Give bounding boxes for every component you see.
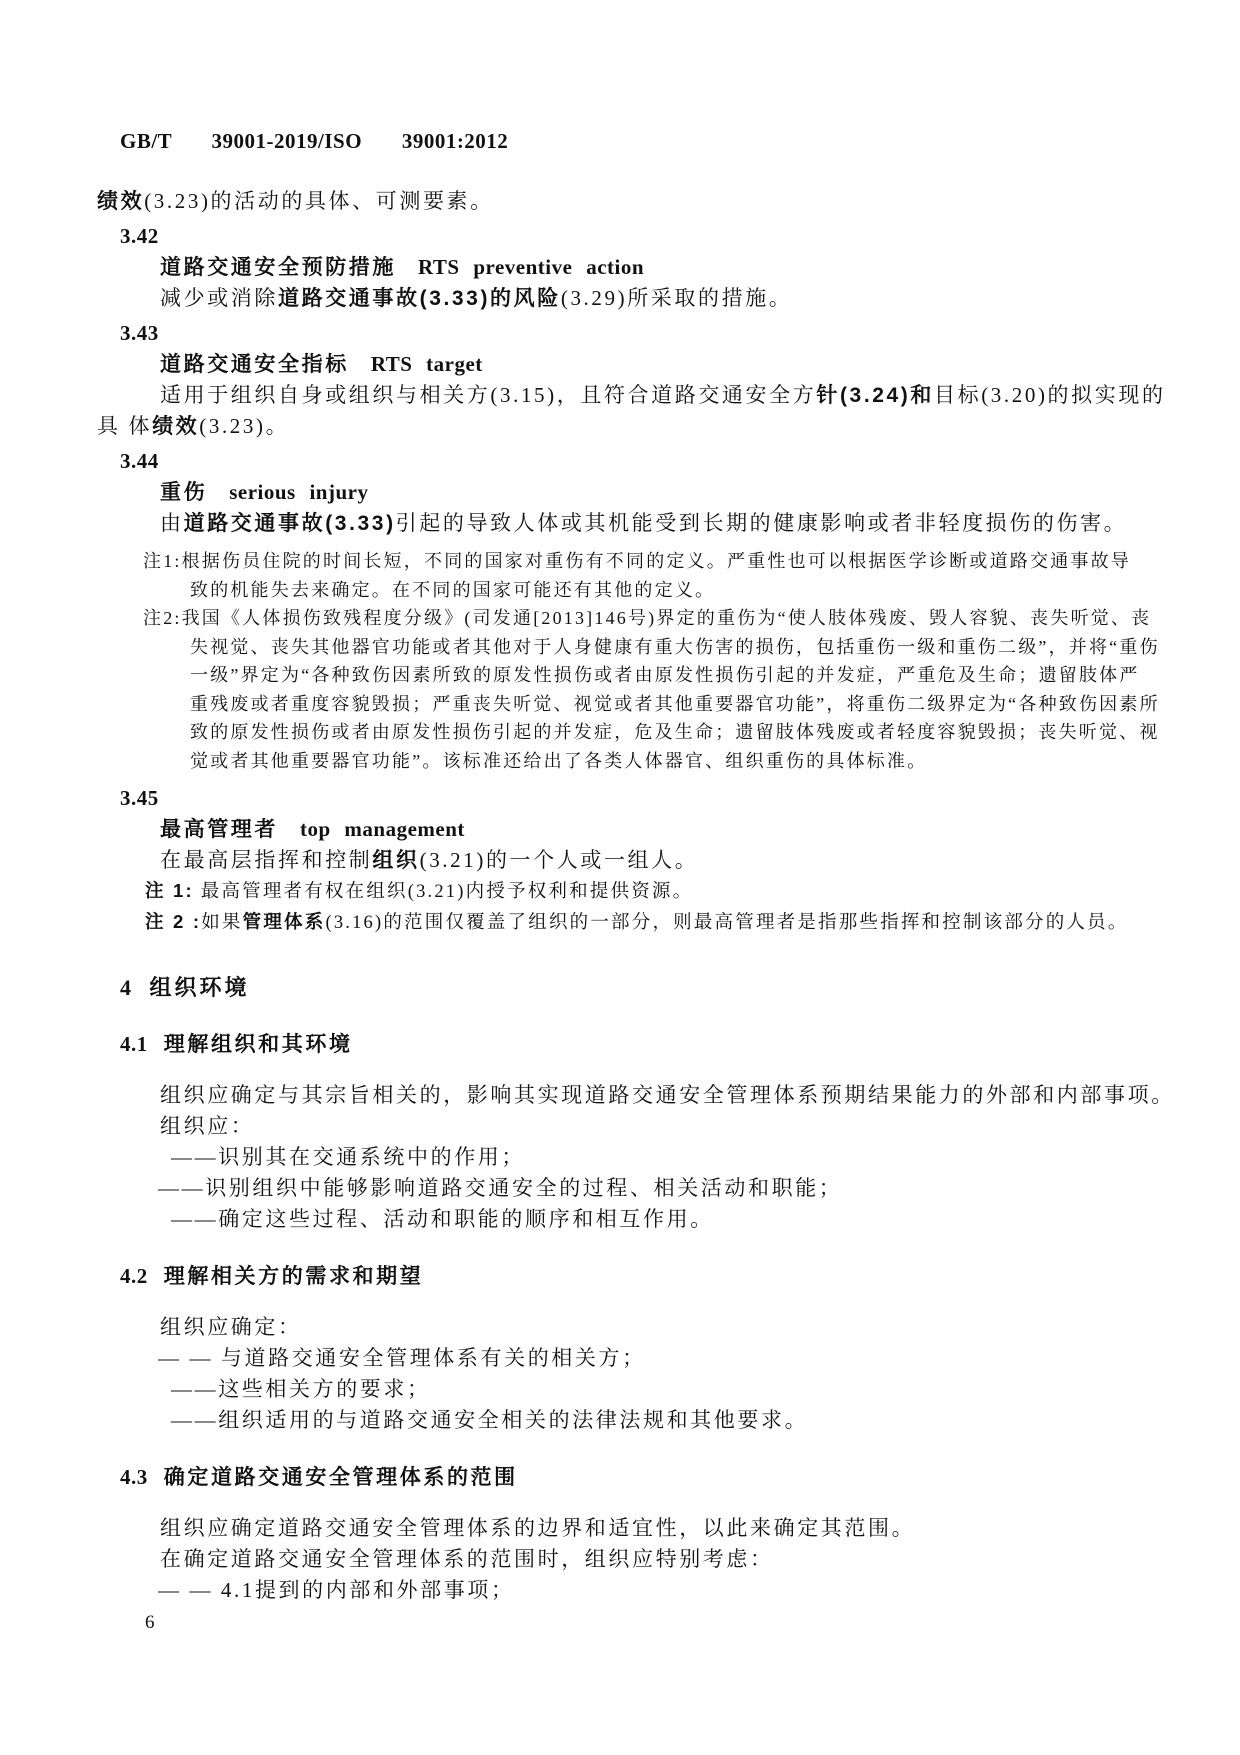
text-run: ——确定这些过程、活动和职能的顺序和相互作用。 <box>171 1207 714 1231</box>
text-run: top management <box>300 817 465 841</box>
section-4-2-heading: 4.2理解相关方的需求和期望 <box>120 1261 1240 1292</box>
list-item-4-1-a: ——识别其在交通系统中的作用； <box>171 1142 1240 1173</box>
text-run: 道路交通事故(3.33) <box>184 512 396 535</box>
text-run: 具 体 <box>97 414 152 438</box>
para-4-1-line2: 组织应： <box>160 1111 1240 1142</box>
text-run: 致的原发性损伤或者由原发性损伤引起的并发症，危及生命；遗留肢体残废或者轻度容貌毁… <box>190 722 1160 742</box>
text-run: 重残废或者重度容貌毁损；严重丧失听觉、视觉或者其他重要器官功能”，将重伤二级界定… <box>190 694 1160 714</box>
text-run: 组织 <box>372 849 419 872</box>
term-3-44: 重伤serious injury <box>160 477 1240 508</box>
text-run: 4 <box>120 975 132 1000</box>
section-4-3-heading: 4.3确定道路交通安全管理体系的范围 <box>120 1462 1240 1493</box>
text-run: — — 4.1提到的内部和外部事项； <box>158 1578 515 1602</box>
text-run: 重伤 <box>160 481 207 504</box>
list-item-4-1-b: ——识别组织中能够影响道路交通安全的过程、相关活动和职能； <box>158 1173 1240 1204</box>
text-run: 注2:我国《人体损伤致残程度分级》(司发通[2013]146号)界定的重伤为“使… <box>143 608 1151 628</box>
definition-3-43-line1: 适用于组织自身或组织与相关方(3.15)，且符合道路交通安全方针(3.24)和目… <box>160 380 1240 411</box>
text-run: serious injury <box>229 480 368 504</box>
text-run: 适用于组织自身或组织与相关方(3.15)，且符合道路交通安全方 <box>160 383 816 407</box>
text-run: (3.23)。 <box>199 414 289 438</box>
text-run: 如果 <box>201 913 242 933</box>
term-3-43: 道路交通安全指标RTS target <box>160 349 1240 380</box>
text-run: 最高管理者有权在组织(3.21)内授予权利和提供资源。 <box>194 882 693 902</box>
text-run: 道路交通安全预防措施 <box>160 256 396 279</box>
para-4-3-line1: 组织应确定道路交通安全管理体系的边界和适宜性，以此来确定其范围。 <box>160 1513 1240 1544</box>
definition-3-45: 在最高层指挥和控制组织(3.21)的一个人或一组人。 <box>160 845 1240 876</box>
text-run: (3.29)所采取的措施。 <box>561 286 793 310</box>
definition-3-43-line2: 具 体绩效(3.23)。 <box>97 411 1240 442</box>
text-run: 管理体系 <box>243 911 326 932</box>
text-run: 4.1 <box>120 1032 148 1056</box>
section-4-1-heading: 4.1理解组织和其环境 <box>120 1029 1240 1060</box>
text-run: 3.44 <box>120 449 159 473</box>
text-run: 组织应确定： <box>160 1315 302 1339</box>
text-run: (3.21)的一个人或一组人。 <box>420 848 699 872</box>
text-run: 3.45 <box>120 786 159 810</box>
text-run: (3.23)的活动的具体、可测要素。 <box>144 189 494 213</box>
text-run: 组织应： <box>160 1114 254 1138</box>
definition-3-42: 减少或消除道路交通事故(3.33)的风险(3.29)所采取的措施。 <box>160 283 1240 314</box>
text-run: 组织应确定道路交通安全管理体系的边界和适宜性，以此来确定其范围。 <box>160 1516 915 1540</box>
clause-number-3-43: 3.43 <box>120 318 1240 349</box>
text-run: 目标(3.20)的拟实现的 <box>934 383 1166 407</box>
text-run: 觉或者其他重要器官功能”。该标准还给出了各类人体器官、组织重伤的具体标准。 <box>190 751 927 771</box>
text-run: RTS target <box>371 352 483 376</box>
term-3-42: 道路交通安全预防措施RTS preventive action <box>160 252 1240 283</box>
text-run: — — 与道路交通安全管理体系有关的相关方； <box>158 1346 646 1370</box>
text-run: 注 2 : <box>145 911 201 932</box>
text-run: 理解组织和其环境 <box>164 1033 353 1056</box>
text-run: 减少或消除 <box>160 286 278 310</box>
clause-number-3-42: 3.42 <box>120 221 1240 252</box>
list-item-4-3-a: — — 4.1提到的内部和外部事项； <box>158 1575 1240 1606</box>
text-run: 道路交通安全指标 <box>160 353 349 376</box>
note2-3-44-line3: 一级”界定为“各种致伤因素所致的原发性损伤或者由原发性损伤引起的并发症，严重危及… <box>190 661 1240 690</box>
para-4-1-line1: 组织应确定与其宗旨相关的，影响其实现道路交通安全管理体系预期结果能力的外部和内部… <box>160 1080 1240 1111</box>
text-run: 4.2 <box>120 1264 148 1288</box>
text-run: ——这些相关方的要求； <box>171 1377 431 1401</box>
para-4-2-line1: 组织应确定： <box>160 1312 1240 1343</box>
note1-3-45: 注 1: 最高管理者有权在组织(3.21)内授予权利和提供资源。 <box>145 876 1240 907</box>
text-run: ——组织适用的与道路交通安全相关的法律法规和其他要求。 <box>171 1408 808 1432</box>
text-run: ——识别组织中能够影响道路交通安全的过程、相关活动和职能； <box>158 1176 842 1200</box>
text-run: 组织应确定与其宗旨相关的，影响其实现道路交通安全管理体系预期结果能力的外部和内部… <box>160 1083 1175 1107</box>
text-run: 失视觉、丧失其他器官功能或者其他对于人身健康有重大伤害的损伤，包括重伤一级和重伤… <box>190 637 1160 657</box>
note1-3-44-line2: 致的机能失去来确定。在不同的国家可能还有其他的定义。 <box>190 576 1240 605</box>
text-run: 3.42 <box>120 224 159 248</box>
text-run: 针(3.24)和 <box>816 384 934 407</box>
page-number: 6 <box>145 1612 155 1634</box>
text-run: 道路交通事故(3.33)的风险 <box>278 287 561 310</box>
list-item-4-2-a: — — 与道路交通安全管理体系有关的相关方； <box>158 1343 1240 1374</box>
note2-3-45: 注 2 :如果管理体系(3.16)的范围仅覆盖了组织的一部分，则最高管理者是指那… <box>145 907 1240 938</box>
chapter-4-heading: 4组织环境 <box>120 972 1240 1003</box>
note2-3-44-line5: 致的原发性损伤或者由原发性损伤引起的并发症，危及生命；遗留肢体残废或者轻度容貌毁… <box>190 718 1240 747</box>
text-run: RTS preventive action <box>418 255 644 279</box>
list-item-4-2-c: ——组织适用的与道路交通安全相关的法律法规和其他要求。 <box>171 1405 1240 1436</box>
text-run: 最高管理者 <box>160 818 278 841</box>
text-run: 4.3 <box>120 1465 148 1489</box>
note2-3-44-line1: 注2:我国《人体损伤致残程度分级》(司发通[2013]146号)界定的重伤为“使… <box>143 604 1240 633</box>
list-item-4-1-c: ——确定这些过程、活动和职能的顺序和相互作用。 <box>171 1204 1240 1235</box>
document-body: 绩效(3.23)的活动的具体、可测要素。3.42道路交通安全预防措施RTS pr… <box>0 186 1240 1606</box>
text-run: (3.16)的范围仅覆盖了组织的一部分，则最高管理者是指那些指挥和控制该部分的人… <box>325 913 1128 933</box>
text-run: 一级”界定为“各种致伤因素所致的原发性损伤或者由原发性损伤引起的并发症，严重危及… <box>190 665 1140 685</box>
text-run: 注 1: <box>145 880 194 901</box>
text-run: 引起的导致人体或其机能受到长期的健康影响或者非轻度损伤的伤害。 <box>396 511 1128 535</box>
text-run: 在最高层指挥和控制 <box>160 848 372 872</box>
definition-3-44: 由道路交通事故(3.33)引起的导致人体或其机能受到长期的健康影响或者非轻度损伤… <box>160 508 1240 539</box>
text-run: 致的机能失去来确定。在不同的国家可能还有其他的定义。 <box>190 580 715 600</box>
text-run: 3.43 <box>120 321 159 345</box>
note1-3-44-line1: 注1:根据伤员住院的时间长短，不同的国家对重伤有不同的定义。严重性也可以根据医学… <box>143 547 1240 576</box>
list-item-4-2-b: ——这些相关方的要求； <box>171 1374 1240 1405</box>
continued-definition-line: 绩效(3.23)的活动的具体、可测要素。 <box>97 186 1240 217</box>
clause-number-3-45: 3.45 <box>120 783 1240 814</box>
text-run: 绩效 <box>152 415 199 438</box>
text-run: 确定道路交通安全管理体系的范围 <box>164 1466 518 1489</box>
term-3-45: 最高管理者top management <box>160 814 1240 845</box>
text-run: 绩效 <box>97 190 144 213</box>
text-run: 注1:根据伤员住院的时间长短，不同的国家对重伤有不同的定义。严重性也可以根据医学… <box>143 551 1131 571</box>
document-header: GB/T 39001-2019/ISO 39001:2012 <box>120 128 1240 154</box>
text-run: 理解相关方的需求和期望 <box>164 1265 424 1288</box>
text-run: 由 <box>160 511 184 535</box>
text-run: ——识别其在交通系统中的作用； <box>171 1145 525 1169</box>
document-page: GB/T 39001-2019/ISO 39001:2012 绩效(3.23)的… <box>0 0 1240 1755</box>
note2-3-44-line6: 觉或者其他重要器官功能”。该标准还给出了各类人体器官、组织重伤的具体标准。 <box>190 747 1240 776</box>
text-run: 在确定道路交通安全管理体系的范围时，组织应特别考虑： <box>160 1547 774 1571</box>
note2-3-44-line4: 重残废或者重度容貌毁损；严重丧失听觉、视觉或者其他重要器官功能”，将重伤二级界定… <box>190 690 1240 719</box>
note2-3-44-line2: 失视觉、丧失其他器官功能或者其他对于人身健康有重大伤害的损伤，包括重伤一级和重伤… <box>190 633 1240 662</box>
clause-number-3-44: 3.44 <box>120 446 1240 477</box>
text-run: 组织环境 <box>150 975 250 1000</box>
para-4-3-line2: 在确定道路交通安全管理体系的范围时，组织应特别考虑： <box>160 1544 1240 1575</box>
